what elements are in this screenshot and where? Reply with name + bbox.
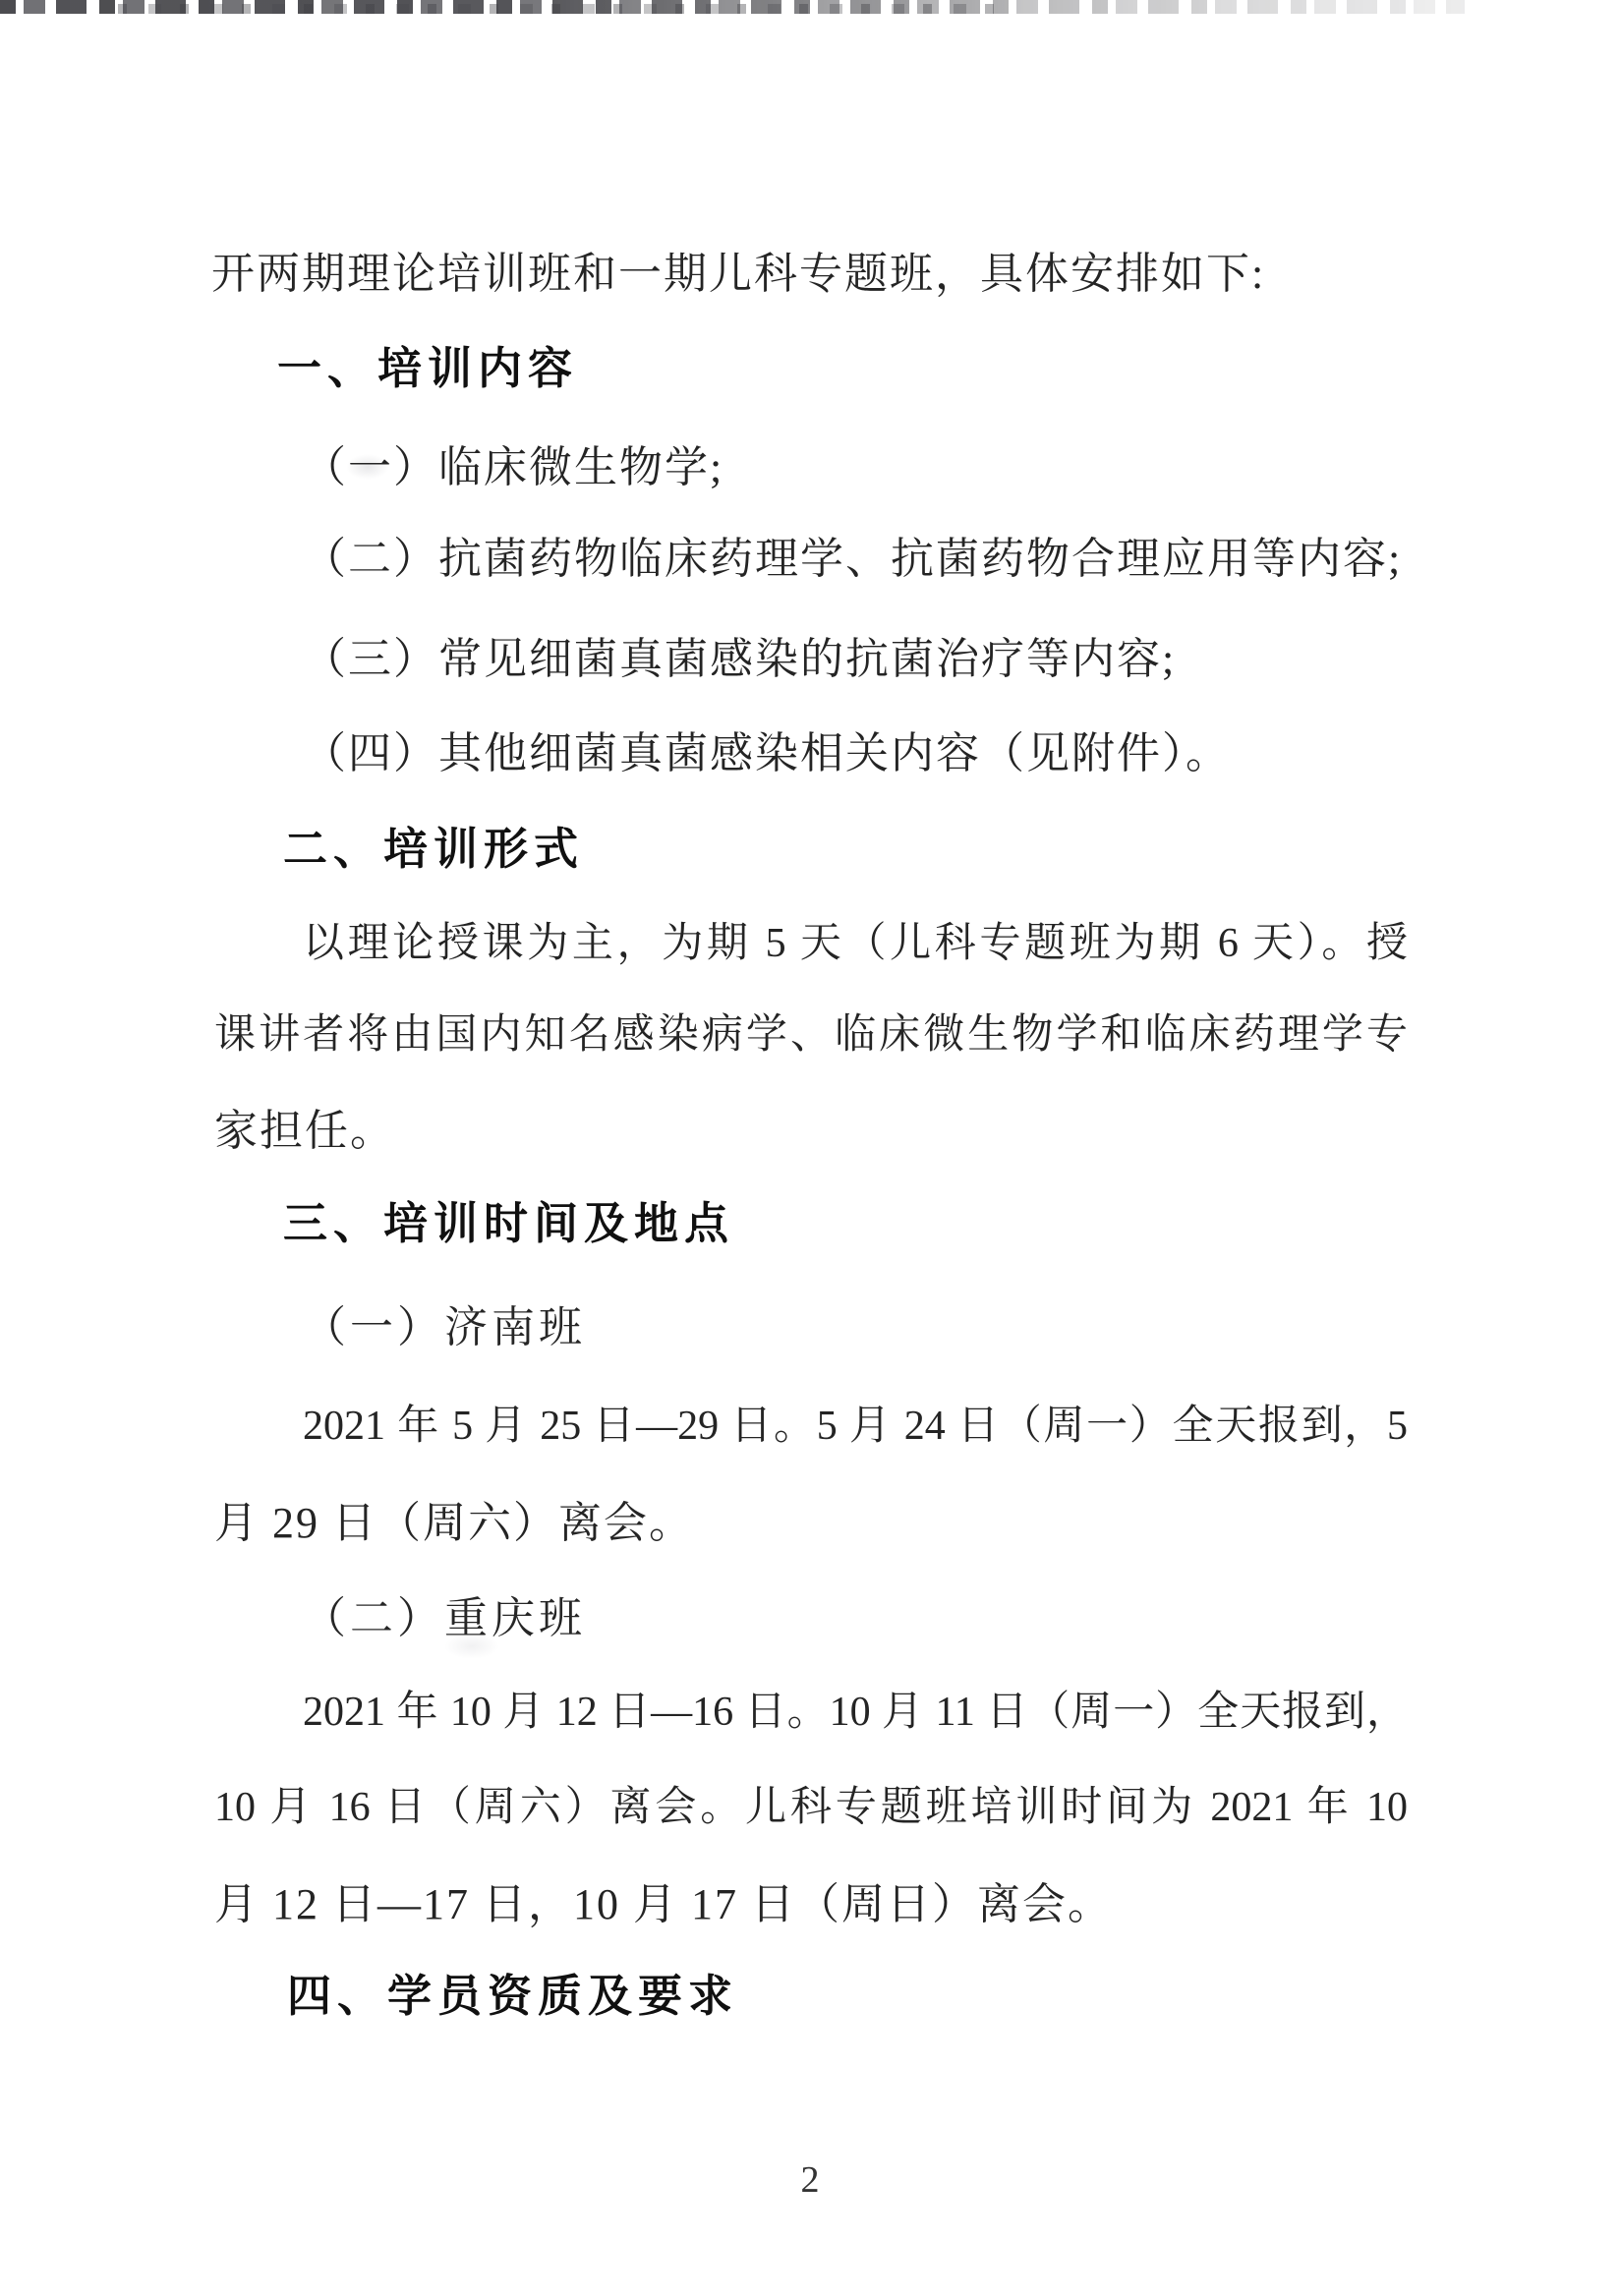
item-antibacterial-pharmacology: （二）抗菌药物临床药理学、抗菌药物合理应用等内容;: [303, 535, 1402, 583]
para-jinan-dates-line-1: 2021 年 5 月 25 日—29 日。5 月 24 日（周一）全天报到，5: [303, 1404, 1408, 1450]
heading-trainee-qualifications: 四、学员资质及要求: [287, 1972, 738, 2021]
heading-training-content: 一、培训内容: [277, 344, 578, 393]
para-format-line-3: 家担任。: [214, 1107, 395, 1155]
para-chongqing-dates-line-1: 2021 年 10 月 12 日—16 日。10 月 11 日（周一）全天报到，: [303, 1690, 1408, 1736]
document-page: 开两期理论培训班和一期儿科专题班，具体安排如下: 一、培训内容 （一）临床微生物…: [0, 0, 1620, 2296]
heading-time-and-location: 三、培训时间及地点: [283, 1199, 734, 1248]
heading-training-format: 二、培训形式: [283, 825, 584, 874]
para-chongqing-dates-line-3: 月 12 日—17 日，10 月 17 日（周日）离会。: [214, 1880, 1113, 1928]
item-common-bacterial-fungal-infections: （三）常见细菌真菌感染的抗菌治疗等内容;: [303, 635, 1176, 683]
page-number: 2: [0, 2158, 1620, 2202]
item-clinical-microbiology: （一）临床微生物学;: [303, 443, 723, 491]
para-jinan-dates-line-2: 月 29 日（周六）离会。: [214, 1499, 694, 1547]
item-other-infection-content: （四）其他细菌真菌感染相关内容（见附件）。: [303, 729, 1231, 777]
para-format-line-1: 以理论授课为主，为期 5 天（儿科专题班为期 6 天）。授: [303, 921, 1408, 967]
para-chongqing-dates-line-2: 10 月 16 日（周六）离会。儿科专题班培训时间为 2021 年 10: [214, 1785, 1408, 1831]
scan-artifact-top-strip-2: [118, 4, 1003, 14]
para-format-line-2: 课讲者将由国内知名感染病学、临床微生物学和临床药理学专: [214, 1012, 1408, 1059]
subheading-chongqing-class: （二）重庆班: [303, 1594, 586, 1642]
intro-continuation-line: 开两期理论培训班和一期儿科专题班，具体安排如下:: [211, 250, 1265, 298]
subheading-jinan-class: （一）济南班: [303, 1303, 586, 1351]
